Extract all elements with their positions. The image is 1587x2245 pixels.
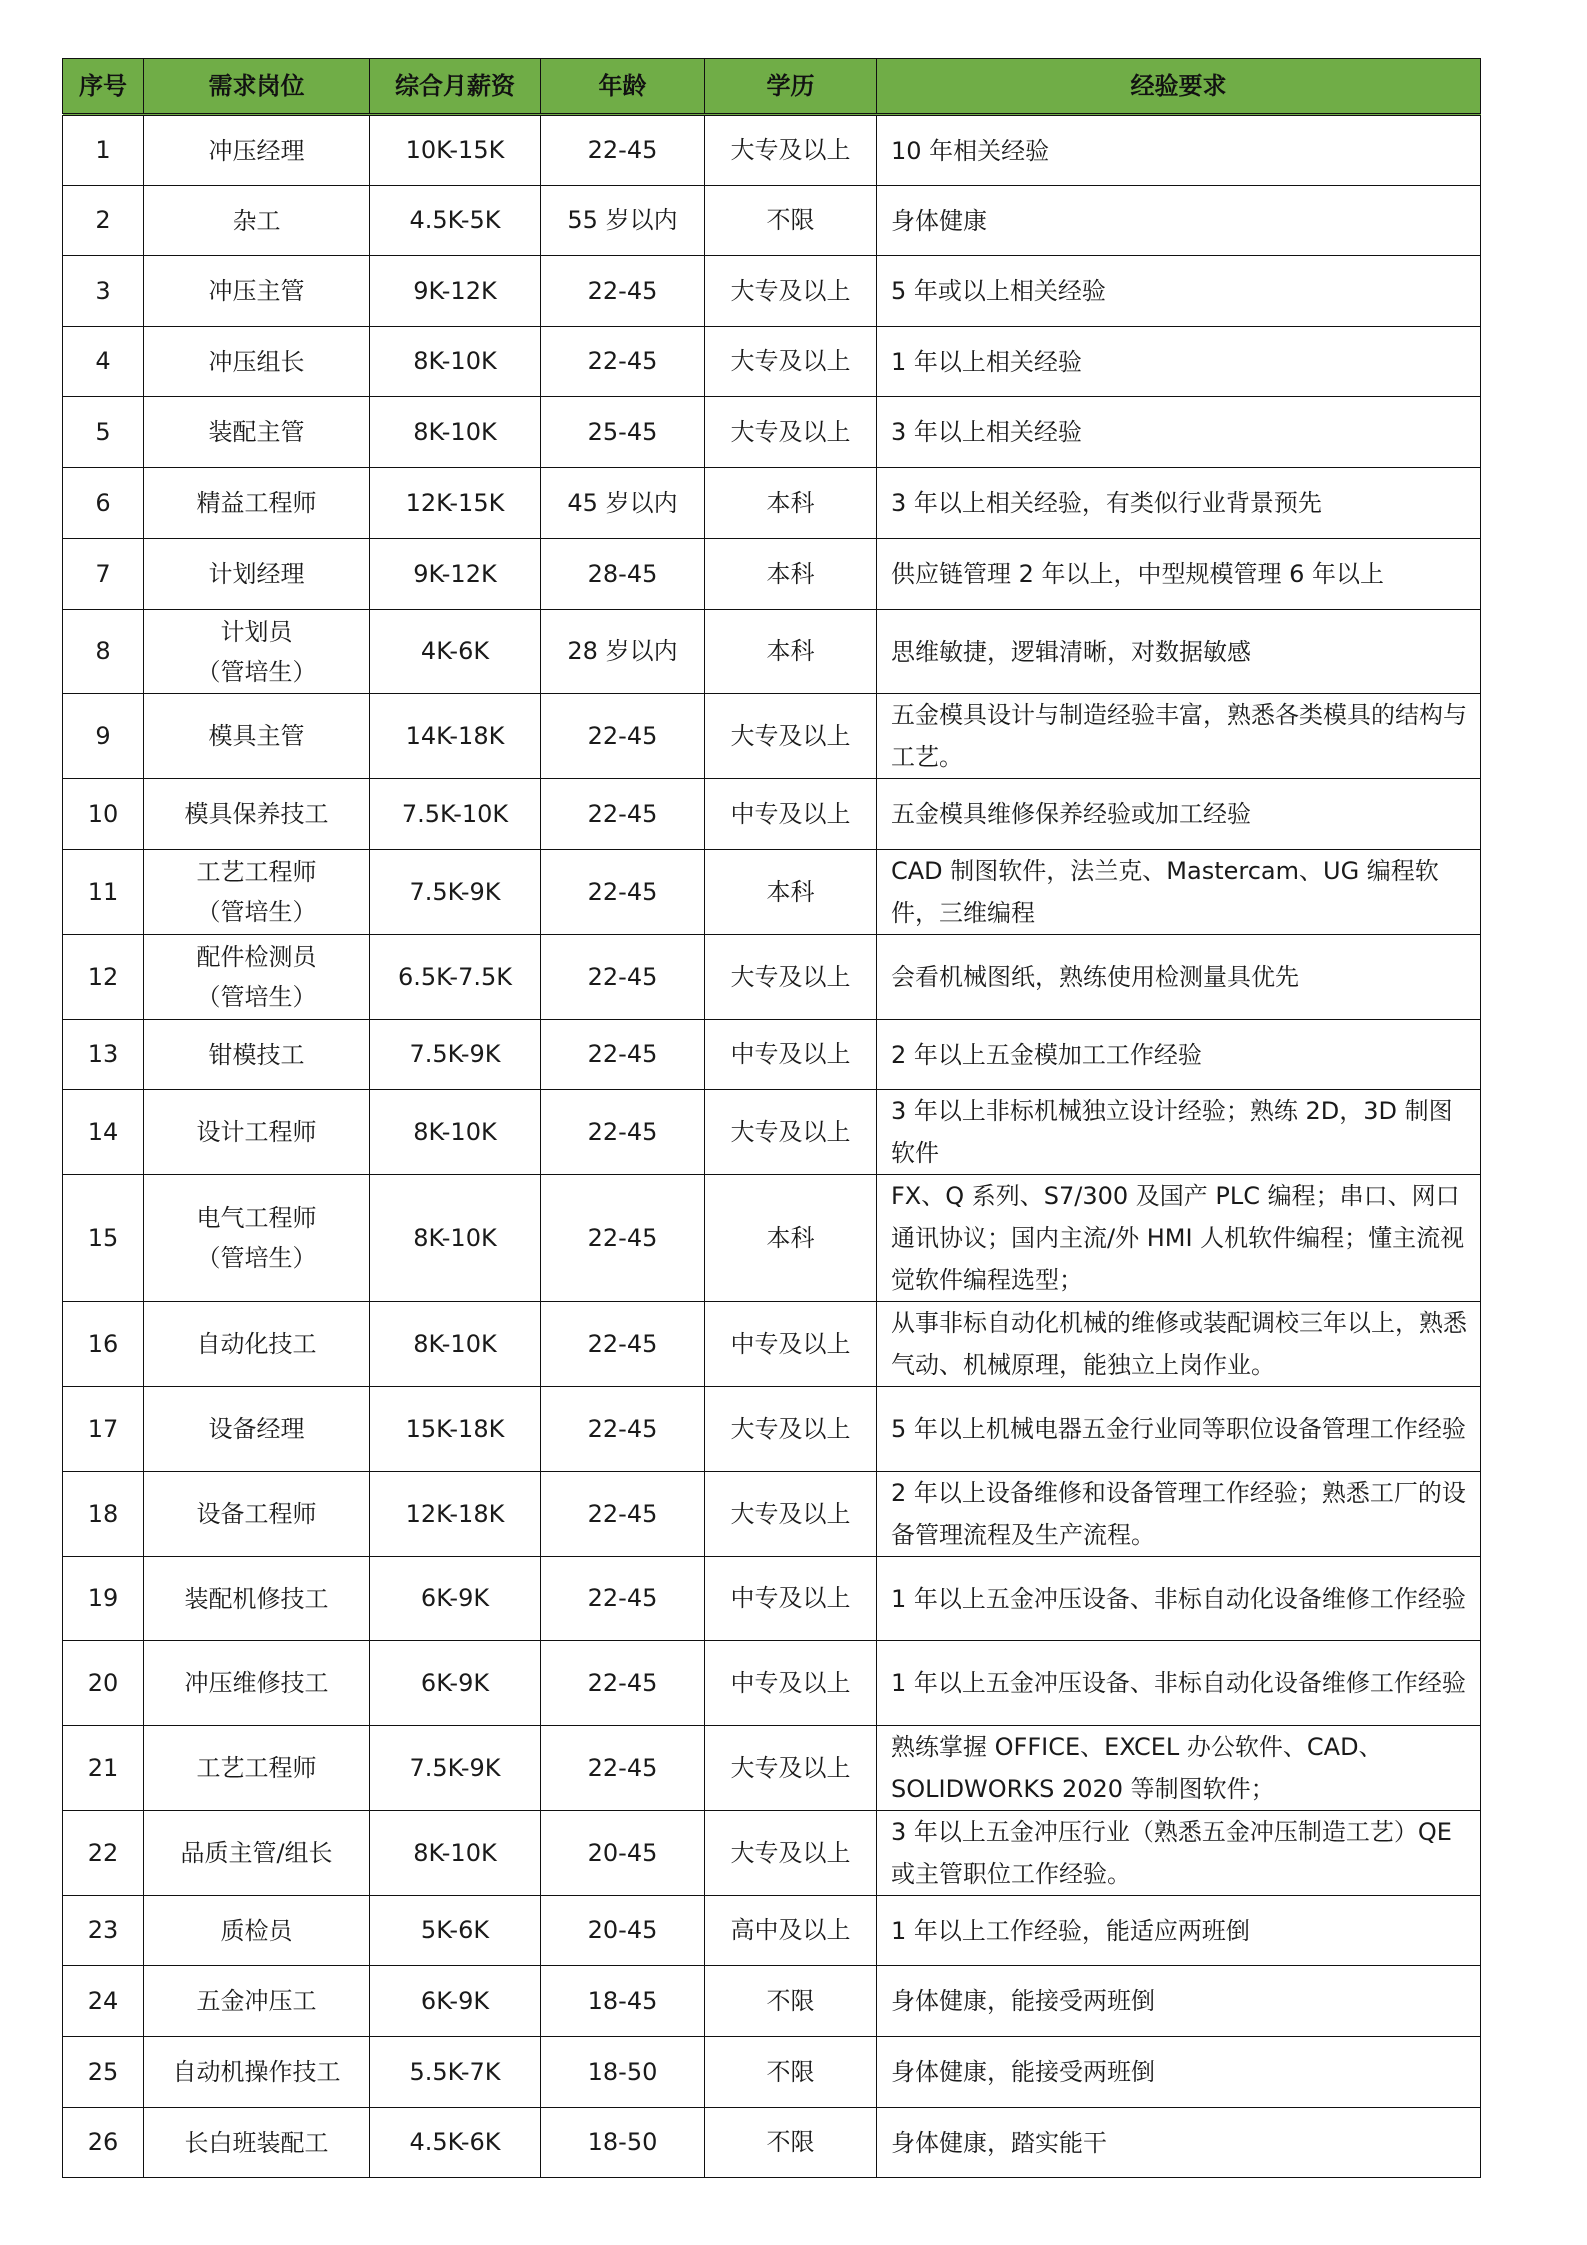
cell-salary: 12K-18K [370, 1472, 541, 1557]
position-title: 钳模技工 [144, 1035, 369, 1075]
cell-position: 五金冲压工 [144, 1966, 370, 2037]
cell-education: 大专及以上 [705, 1472, 877, 1557]
cell-experience: 5 年以上机械电器五金行业同等职位设备管理工作经验 [877, 1387, 1481, 1472]
cell-age: 45 岁以内 [541, 468, 705, 539]
cell-age: 22-45 [541, 1387, 705, 1472]
cell-experience: 2 年以上设备维修和设备管理工作经验；熟悉工厂的设备管理流程及生产流程。 [877, 1472, 1481, 1557]
position-title: 装配主管 [144, 412, 369, 452]
cell-age: 28 岁以内 [541, 610, 705, 694]
position-title: 冲压经理 [144, 131, 369, 171]
position-title: 设备经理 [144, 1409, 369, 1449]
cell-education: 大专及以上 [705, 115, 877, 186]
position-title: 冲压主管 [144, 271, 369, 311]
cell-no: 16 [63, 1302, 144, 1387]
table-row: 20冲压维修技工6K-9K22-45中专及以上1 年以上五金冲压设备、非标自动化… [63, 1641, 1481, 1726]
cell-salary: 7.5K-10K [370, 779, 541, 850]
cell-no: 23 [63, 1896, 144, 1966]
cell-education: 中专及以上 [705, 1020, 877, 1090]
cell-no: 10 [63, 779, 144, 850]
cell-salary: 4.5K-6K [370, 2108, 541, 2178]
cell-education: 本科 [705, 468, 877, 539]
cell-education: 中专及以上 [705, 1557, 877, 1641]
cell-age: 22-45 [541, 1472, 705, 1557]
cell-position: 工艺工程师（管培生） [144, 850, 370, 935]
position-title: 五金冲压工 [144, 1981, 369, 2021]
cell-salary: 4K-6K [370, 610, 541, 694]
table-row: 17设备经理15K-18K22-45大专及以上5 年以上机械电器五金行业同等职位… [63, 1387, 1481, 1472]
cell-salary: 9K-12K [370, 256, 541, 327]
position-title: 装配机修技工 [144, 1579, 369, 1619]
cell-position: 工艺工程师 [144, 1726, 370, 1811]
cell-position: 配件检测员（管培生） [144, 935, 370, 1020]
position-title: 工艺工程师 [144, 1748, 369, 1788]
table-body: 1冲压经理10K-15K22-45大专及以上10 年相关经验2杂工4.5K-5K… [63, 115, 1481, 2178]
cell-experience: 身体健康，踏实能干 [877, 2108, 1481, 2178]
cell-salary: 7.5K-9K [370, 1726, 541, 1811]
position-note: （管培生） [144, 1238, 369, 1278]
table-row: 11工艺工程师（管培生）7.5K-9K22-45本科CAD 制图软件，法兰克、M… [63, 850, 1481, 935]
position-title: 自动化技工 [144, 1324, 369, 1364]
cell-salary: 4.5K-5K [370, 186, 541, 256]
table-row: 5装配主管8K-10K25-45大专及以上3 年以上相关经验 [63, 397, 1481, 468]
table-row: 12配件检测员（管培生）6.5K-7.5K22-45大专及以上会看机械图纸，熟练… [63, 935, 1481, 1020]
cell-experience: 1 年以上相关经验 [877, 327, 1481, 397]
cell-experience: 3 年以上非标机械独立设计经验；熟练 2D，3D 制图软件 [877, 1090, 1481, 1175]
position-title: 模具主管 [144, 716, 369, 756]
table-row: 26长白班装配工4.5K-6K18-50不限身体健康，踏实能干 [63, 2108, 1481, 2178]
cell-age: 20-45 [541, 1896, 705, 1966]
cell-salary: 8K-10K [370, 1175, 541, 1302]
cell-experience: 思维敏捷，逻辑清晰，对数据敏感 [877, 610, 1481, 694]
cell-education: 大专及以上 [705, 1387, 877, 1472]
cell-no: 19 [63, 1557, 144, 1641]
cell-position: 计划员（管培生） [144, 610, 370, 694]
cell-no: 7 [63, 539, 144, 610]
position-note: （管培生） [144, 892, 369, 932]
table-row: 2杂工4.5K-5K55 岁以内不限身体健康 [63, 186, 1481, 256]
table-row: 23质检员5K-6K20-45高中及以上1 年以上工作经验，能适应两班倒 [63, 1896, 1481, 1966]
cell-age: 18-50 [541, 2037, 705, 2108]
cell-age: 22-45 [541, 1302, 705, 1387]
cell-experience: 身体健康，能接受两班倒 [877, 2037, 1481, 2108]
cell-salary: 14K-18K [370, 694, 541, 779]
cell-experience: 身体健康，能接受两班倒 [877, 1966, 1481, 2037]
cell-education: 中专及以上 [705, 1302, 877, 1387]
position-title: 工艺工程师 [144, 852, 369, 892]
cell-education: 大专及以上 [705, 256, 877, 327]
header-position: 需求岗位 [144, 59, 370, 115]
cell-education: 不限 [705, 2037, 877, 2108]
cell-education: 大专及以上 [705, 694, 877, 779]
cell-no: 21 [63, 1726, 144, 1811]
cell-age: 22-45 [541, 1641, 705, 1726]
cell-no: 1 [63, 115, 144, 186]
cell-education: 中专及以上 [705, 779, 877, 850]
position-title: 计划员 [144, 612, 369, 652]
cell-no: 15 [63, 1175, 144, 1302]
position-title: 自动机操作技工 [144, 2052, 369, 2092]
cell-education: 大专及以上 [705, 397, 877, 468]
cell-experience: 10 年相关经验 [877, 115, 1481, 186]
cell-salary: 6K-9K [370, 1557, 541, 1641]
cell-age: 22-45 [541, 115, 705, 186]
cell-experience: 1 年以上五金冲压设备、非标自动化设备维修工作经验 [877, 1557, 1481, 1641]
position-title: 精益工程师 [144, 483, 369, 523]
cell-experience: 熟练掌握 OFFICE、EXCEL 办公软件、CAD、SOLIDWORKS 20… [877, 1726, 1481, 1811]
table-row: 22品质主管/组长8K-10K20-45大专及以上3 年以上五金冲压行业（熟悉五… [63, 1811, 1481, 1896]
cell-age: 55 岁以内 [541, 186, 705, 256]
cell-age: 22-45 [541, 1020, 705, 1090]
cell-position: 长白班装配工 [144, 2108, 370, 2178]
position-title: 电气工程师 [144, 1198, 369, 1238]
cell-education: 本科 [705, 1175, 877, 1302]
cell-experience: 身体健康 [877, 186, 1481, 256]
cell-age: 22-45 [541, 1557, 705, 1641]
cell-education: 高中及以上 [705, 1896, 877, 1966]
cell-experience: 5 年或以上相关经验 [877, 256, 1481, 327]
cell-education: 不限 [705, 1966, 877, 2037]
cell-age: 22-45 [541, 935, 705, 1020]
cell-education: 大专及以上 [705, 1090, 877, 1175]
cell-no: 3 [63, 256, 144, 327]
position-title: 计划经理 [144, 554, 369, 594]
table-row: 6精益工程师12K-15K45 岁以内本科3 年以上相关经验，有类似行业背景预先 [63, 468, 1481, 539]
cell-salary: 8K-10K [370, 1302, 541, 1387]
cell-age: 18-45 [541, 1966, 705, 2037]
cell-no: 17 [63, 1387, 144, 1472]
position-note: （管培生） [144, 977, 369, 1017]
cell-age: 22-45 [541, 256, 705, 327]
cell-no: 12 [63, 935, 144, 1020]
table-row: 1冲压经理10K-15K22-45大专及以上10 年相关经验 [63, 115, 1481, 186]
table-row: 4冲压组长8K-10K22-45大专及以上1 年以上相关经验 [63, 327, 1481, 397]
table-row: 7计划经理9K-12K28-45本科供应链管理 2 年以上，中型规模管理 6 年… [63, 539, 1481, 610]
cell-salary: 8K-10K [370, 1090, 541, 1175]
cell-experience: 供应链管理 2 年以上，中型规模管理 6 年以上 [877, 539, 1481, 610]
position-title: 设计工程师 [144, 1112, 369, 1152]
cell-no: 9 [63, 694, 144, 779]
position-note: （管培生） [144, 652, 369, 692]
cell-no: 20 [63, 1641, 144, 1726]
position-title: 长白班装配工 [144, 2123, 369, 2163]
cell-no: 11 [63, 850, 144, 935]
cell-no: 5 [63, 397, 144, 468]
cell-no: 2 [63, 186, 144, 256]
cell-no: 6 [63, 468, 144, 539]
position-title: 品质主管/组长 [144, 1833, 369, 1873]
cell-education: 本科 [705, 539, 877, 610]
cell-position: 模具保养技工 [144, 779, 370, 850]
table-row: 13钳模技工7.5K-9K22-45中专及以上2 年以上五金模加工工作经验 [63, 1020, 1481, 1090]
cell-no: 22 [63, 1811, 144, 1896]
cell-age: 22-45 [541, 1175, 705, 1302]
cell-no: 13 [63, 1020, 144, 1090]
cell-position: 计划经理 [144, 539, 370, 610]
cell-education: 不限 [705, 186, 877, 256]
cell-age: 22-45 [541, 1726, 705, 1811]
cell-no: 8 [63, 610, 144, 694]
cell-no: 24 [63, 1966, 144, 2037]
cell-salary: 8K-10K [370, 1811, 541, 1896]
cell-position: 自动化技工 [144, 1302, 370, 1387]
table-row: 9模具主管14K-18K22-45大专及以上五金模具设计与制造经验丰富，熟悉各类… [63, 694, 1481, 779]
cell-education: 大专及以上 [705, 935, 877, 1020]
cell-no: 4 [63, 327, 144, 397]
cell-age: 22-45 [541, 850, 705, 935]
position-title: 冲压维修技工 [144, 1663, 369, 1703]
position-title: 配件检测员 [144, 937, 369, 977]
table-row: 19装配机修技工6K-9K22-45中专及以上1 年以上五金冲压设备、非标自动化… [63, 1557, 1481, 1641]
cell-salary: 8K-10K [370, 397, 541, 468]
cell-position: 模具主管 [144, 694, 370, 779]
cell-experience: CAD 制图软件，法兰克、Mastercam、UG 编程软件，三维编程 [877, 850, 1481, 935]
cell-age: 20-45 [541, 1811, 705, 1896]
cell-experience: 从事非标自动化机械的维修或装配调校三年以上，熟悉气动、机械原理，能独立上岗作业。 [877, 1302, 1481, 1387]
header-age: 年龄 [541, 59, 705, 115]
cell-position: 冲压组长 [144, 327, 370, 397]
cell-salary: 12K-15K [370, 468, 541, 539]
cell-position: 装配机修技工 [144, 1557, 370, 1641]
table-row: 15电气工程师（管培生）8K-10K22-45本科FX、Q 系列、S7/300 … [63, 1175, 1481, 1302]
cell-salary: 7.5K-9K [370, 1020, 541, 1090]
cell-experience: 2 年以上五金模加工工作经验 [877, 1020, 1481, 1090]
cell-salary: 7.5K-9K [370, 850, 541, 935]
cell-education: 大专及以上 [705, 1811, 877, 1896]
cell-salary: 6K-9K [370, 1966, 541, 2037]
cell-salary: 9K-12K [370, 539, 541, 610]
cell-position: 杂工 [144, 186, 370, 256]
cell-experience: 3 年以上相关经验 [877, 397, 1481, 468]
cell-experience: 五金模具维修保养经验或加工经验 [877, 779, 1481, 850]
cell-position: 钳模技工 [144, 1020, 370, 1090]
cell-position: 设计工程师 [144, 1090, 370, 1175]
cell-position: 电气工程师（管培生） [144, 1175, 370, 1302]
cell-salary: 6K-9K [370, 1641, 541, 1726]
cell-position: 精益工程师 [144, 468, 370, 539]
cell-position: 装配主管 [144, 397, 370, 468]
position-title: 质检员 [144, 1911, 369, 1951]
table-row: 18设备工程师12K-18K22-45大专及以上2 年以上设备维修和设备管理工作… [63, 1472, 1481, 1557]
cell-education: 大专及以上 [705, 327, 877, 397]
cell-age: 22-45 [541, 779, 705, 850]
header-education: 学历 [705, 59, 877, 115]
cell-education: 大专及以上 [705, 1726, 877, 1811]
cell-education: 不限 [705, 2108, 877, 2178]
cell-no: 14 [63, 1090, 144, 1175]
cell-experience: 五金模具设计与制造经验丰富，熟悉各类模具的结构与工艺。 [877, 694, 1481, 779]
header-salary: 综合月薪资 [370, 59, 541, 115]
table-row: 10模具保养技工7.5K-10K22-45中专及以上五金模具维修保养经验或加工经… [63, 779, 1481, 850]
cell-position: 设备经理 [144, 1387, 370, 1472]
header-experience: 经验要求 [877, 59, 1481, 115]
position-title: 冲压组长 [144, 342, 369, 382]
cell-salary: 10K-15K [370, 115, 541, 186]
position-title: 模具保养技工 [144, 794, 369, 834]
cell-position: 冲压经理 [144, 115, 370, 186]
cell-no: 18 [63, 1472, 144, 1557]
cell-salary: 5K-6K [370, 1896, 541, 1966]
position-title: 设备工程师 [144, 1494, 369, 1534]
cell-salary: 15K-18K [370, 1387, 541, 1472]
cell-position: 冲压主管 [144, 256, 370, 327]
table-row: 8计划员（管培生）4K-6K28 岁以内本科思维敏捷，逻辑清晰，对数据敏感 [63, 610, 1481, 694]
cell-age: 22-45 [541, 694, 705, 779]
cell-no: 26 [63, 2108, 144, 2178]
cell-salary: 5.5K-7K [370, 2037, 541, 2108]
cell-experience: FX、Q 系列、S7/300 及国产 PLC 编程；串口、网口通讯协议；国内主流… [877, 1175, 1481, 1302]
cell-education: 本科 [705, 610, 877, 694]
cell-position: 品质主管/组长 [144, 1811, 370, 1896]
cell-salary: 8K-10K [370, 327, 541, 397]
cell-age: 18-50 [541, 2108, 705, 2178]
cell-position: 冲压维修技工 [144, 1641, 370, 1726]
cell-age: 28-45 [541, 539, 705, 610]
cell-age: 25-45 [541, 397, 705, 468]
cell-experience: 3 年以上五金冲压行业（熟悉五金冲压制造工艺）QE 或主管职位工作经验。 [877, 1811, 1481, 1896]
cell-experience: 1 年以上工作经验，能适应两班倒 [877, 1896, 1481, 1966]
cell-education: 本科 [705, 850, 877, 935]
cell-salary: 6.5K-7.5K [370, 935, 541, 1020]
cell-position: 设备工程师 [144, 1472, 370, 1557]
table-row: 21工艺工程师7.5K-9K22-45大专及以上熟练掌握 OFFICE、EXCE… [63, 1726, 1481, 1811]
cell-position: 质检员 [144, 1896, 370, 1966]
cell-experience: 3 年以上相关经验，有类似行业背景预先 [877, 468, 1481, 539]
position-title: 杂工 [144, 201, 369, 241]
cell-age: 22-45 [541, 327, 705, 397]
job-requirements-table: 序号 需求岗位 综合月薪资 年龄 学历 经验要求 1冲压经理10K-15K22-… [62, 58, 1481, 2178]
table-header-row: 序号 需求岗位 综合月薪资 年龄 学历 经验要求 [63, 59, 1481, 115]
table-row: 14设计工程师8K-10K22-45大专及以上3 年以上非标机械独立设计经验；熟… [63, 1090, 1481, 1175]
cell-experience: 1 年以上五金冲压设备、非标自动化设备维修工作经验 [877, 1641, 1481, 1726]
cell-experience: 会看机械图纸，熟练使用检测量具优先 [877, 935, 1481, 1020]
cell-no: 25 [63, 2037, 144, 2108]
header-no: 序号 [63, 59, 144, 115]
table-row: 3冲压主管9K-12K22-45大专及以上5 年或以上相关经验 [63, 256, 1481, 327]
cell-position: 自动机操作技工 [144, 2037, 370, 2108]
cell-education: 中专及以上 [705, 1641, 877, 1726]
table-row: 25自动机操作技工5.5K-7K18-50不限身体健康，能接受两班倒 [63, 2037, 1481, 2108]
table-row: 24五金冲压工6K-9K18-45不限身体健康，能接受两班倒 [63, 1966, 1481, 2037]
table-row: 16自动化技工8K-10K22-45中专及以上从事非标自动化机械的维修或装配调校… [63, 1302, 1481, 1387]
cell-age: 22-45 [541, 1090, 705, 1175]
